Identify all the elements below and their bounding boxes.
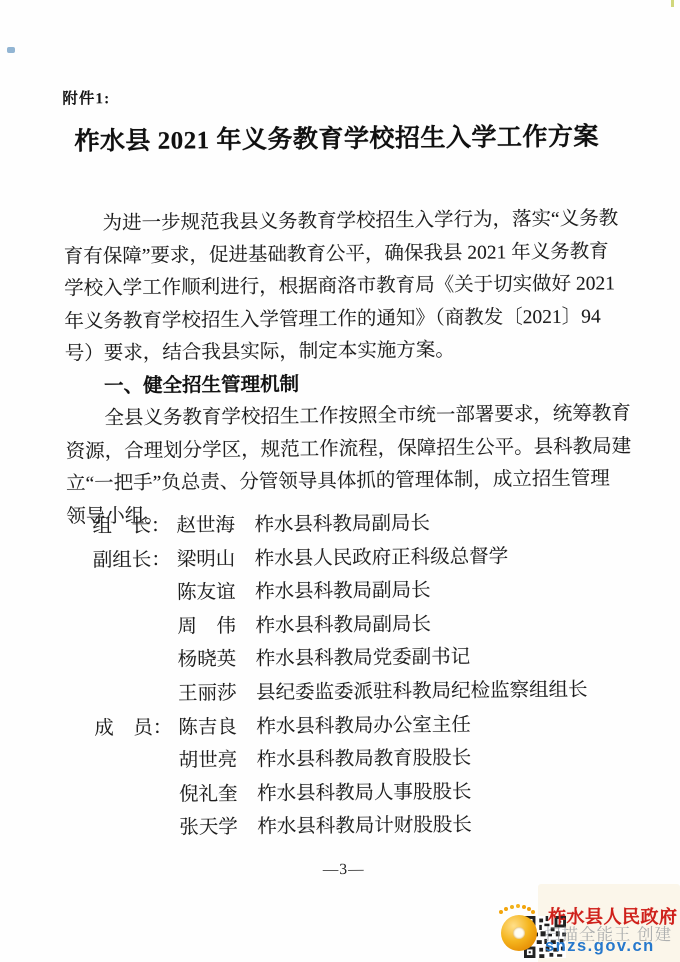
roster-role <box>95 745 179 779</box>
emblem-dots-icon <box>499 910 503 914</box>
roster-name: 倪礼奎 <box>179 778 257 812</box>
document-title: 柞水县 2021 年义务教育学校招生入学工作方案 <box>0 116 677 159</box>
roster-name: 梁明山 <box>177 542 255 576</box>
roster-role <box>95 778 179 812</box>
section-1-heading: 一、健全招生管理机制 <box>65 366 617 404</box>
government-website: snzs.gov.cn <box>545 937 655 956</box>
roster-role <box>94 678 178 712</box>
intro-line: 为进一步规范我县义务教育学校招生入学行为，落实“义务教 <box>63 203 615 241</box>
roster-name: 陈吉良 <box>178 710 256 744</box>
roster-title: 柞水县人民政府正科级总督学 <box>255 539 647 576</box>
roster-role <box>93 577 177 611</box>
roster-role: 成 员： <box>94 711 178 745</box>
roster-title: 柞水县科教局办公室主任 <box>256 707 648 744</box>
roster-row: 副组长： 梁明山 柞水县人民政府正科级总督学 <box>67 539 647 578</box>
roster-name: 周 伟 <box>177 610 255 644</box>
roster-name: 赵世海 <box>176 509 254 543</box>
roster-title: 柞水县科教局党委副书记 <box>256 639 648 676</box>
roster-row: 杨晓英 柞水县科教局党委副书记 <box>68 639 648 678</box>
roster-row: 组 长： 赵世海 柞水县科教局副局长 <box>66 505 646 544</box>
roster-role: 组 长： <box>92 510 176 544</box>
roster-title: 柞水县科教局副局长 <box>255 572 647 609</box>
attachment-label: 附件1: <box>62 86 110 108</box>
intro-line: 育有保障”要求，促进基础教育公平，确保我县 2021 年义务教育 <box>64 236 616 274</box>
intro-line: 年义务教育学校招生入学管理工作的通知》（商教发〔2021〕94 <box>64 301 616 339</box>
section-1-line: 立“一把手”负总责、分管领导具体抓的管理体制，成立招生管理 <box>66 463 618 501</box>
roster-row: 倪礼奎 柞水县科教局人事股股长 <box>69 774 649 813</box>
section-1-line: 资源，合理划分学区，规范工作流程，保障招生公平。县科教局建 <box>66 431 618 469</box>
roster-role <box>94 644 178 678</box>
intro-line: 号）要求，结合我县实际，制定本实施方案。 <box>65 333 617 371</box>
section-1-line: 全县义务教育学校招生工作按照全市统一部署要求，统筹教育 <box>65 398 617 436</box>
document-content: 附件1: 柞水县 2021 年义务教育学校招生入学工作方案 为进一步规范我县义务… <box>0 0 680 962</box>
document-body: 为进一步规范我县义务教育学校招生入学行为，落实“义务教 育有保障”要求，促进基础… <box>63 203 618 533</box>
roster-row: 张天学 柞水县科教局计财股股长 <box>69 807 649 846</box>
roster-title: 柞水县科教局教育股股长 <box>257 740 649 777</box>
page-number: —3— <box>4 858 680 883</box>
roster-title: 柞水县科教局副局长 <box>254 505 646 542</box>
roster-title: 县纪委监委派驻科教局纪检监察组组长 <box>256 673 648 710</box>
roster-title: 柞水县科教局副局长 <box>255 606 647 643</box>
camscanner-government-stamp: 柞水县人民政府 扫描全能王 创建 snzs.gov.cn <box>496 902 680 962</box>
roster-row: 王丽莎 县纪委监委派驻科教局纪检监察组组长 <box>68 673 648 712</box>
roster-role: 副组长： <box>93 543 177 577</box>
roster-row: 成 员： 陈吉良 柞水县科教局办公室主任 <box>68 707 648 746</box>
roster-row: 陈友谊 柞水县科教局副局长 <box>67 572 647 611</box>
roster-name: 陈友谊 <box>177 576 255 610</box>
roster-row: 胡世亮 柞水县科教局教育股股长 <box>69 740 649 779</box>
roster-name: 杨晓英 <box>178 643 256 677</box>
roster-row: 周 伟 柞水县科教局副局长 <box>67 606 647 645</box>
roster-role <box>95 812 179 846</box>
roster-name: 张天学 <box>179 811 257 845</box>
gold-emblem-icon <box>501 915 537 951</box>
roster-name: 胡世亮 <box>179 744 257 778</box>
roster-title: 柞水县科教局计财股股长 <box>257 807 649 844</box>
intro-line: 学校入学工作顺利进行，根据商洛市教育局《关于切实做好 2021 <box>64 268 616 306</box>
leading-group-roster: 组 长： 赵世海 柞水县科教局副局长 副组长： 梁明山 柞水县人民政府正科级总督… <box>66 505 649 846</box>
roster-role <box>93 610 177 644</box>
roster-title: 柞水县科教局人事股股长 <box>257 774 649 811</box>
roster-name: 王丽莎 <box>178 677 256 711</box>
scanned-document-page: 附件1: 柞水县 2021 年义务教育学校招生入学工作方案 为进一步规范我县义务… <box>0 0 680 962</box>
